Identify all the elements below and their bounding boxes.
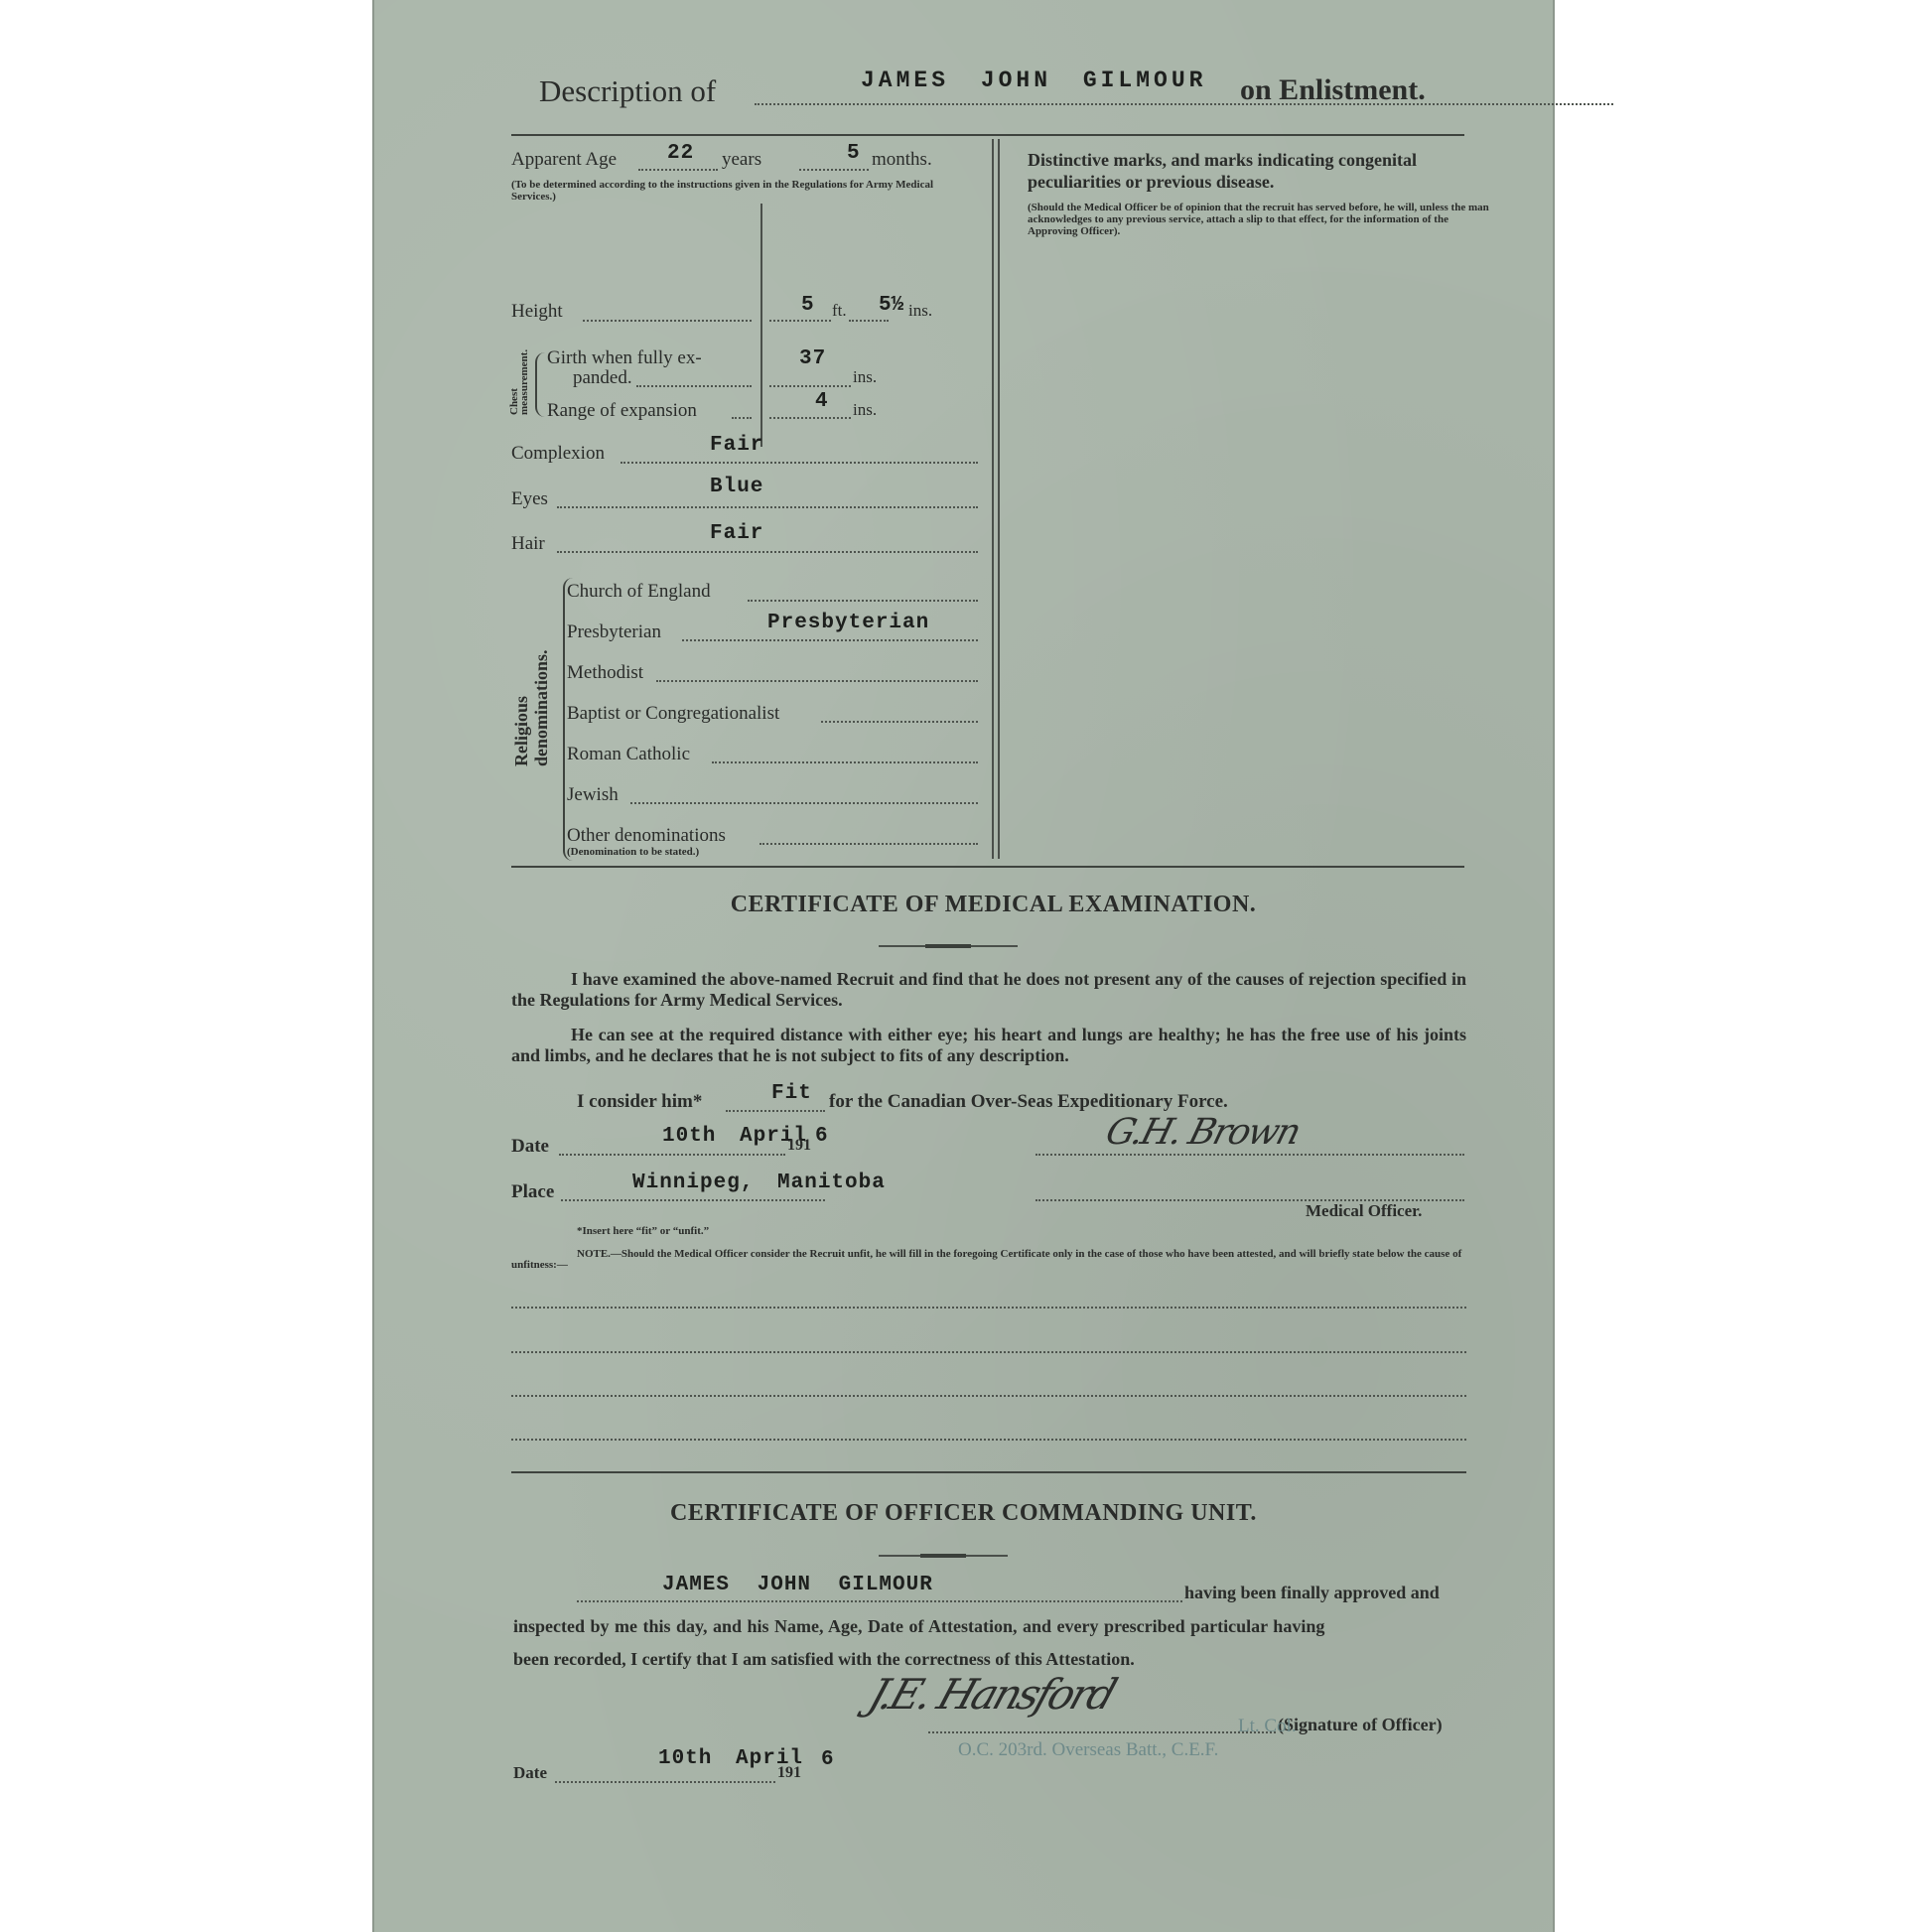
commanding-name-value: JAMES JOHN GILMOUR — [662, 1574, 933, 1596]
medical-para-2: He can see at the required distance with… — [511, 1025, 1466, 1066]
medical-date-line — [559, 1154, 785, 1156]
height-inches-line — [849, 320, 889, 322]
medical-para-1: I have examined the above-named Recruit … — [511, 969, 1466, 1011]
height-feet-value: 5 — [801, 294, 815, 317]
chest-range-label: Range of expansion — [547, 400, 697, 422]
recruit-name: JAMES JOHN GILMOUR — [861, 68, 1206, 93]
medical-year-digit: 6 — [815, 1125, 829, 1148]
chest-group-label: Chest measurement. — [509, 345, 529, 415]
medical-consider-prefix: I consider him* — [577, 1091, 702, 1113]
unfitness-line-1 — [511, 1307, 1466, 1309]
age-years-line — [638, 169, 718, 171]
religion-group-label-1: Religious — [511, 649, 531, 766]
medical-year-prefix: 191 — [787, 1137, 811, 1155]
title-prefix: Description of — [539, 73, 716, 109]
chest-girth-unit: ins. — [853, 367, 877, 387]
distinctive-marks-note: (Should the Medical Officer be of opinio… — [1028, 202, 1489, 237]
religion-option-jewish: Jewish — [567, 784, 619, 806]
age-months-label: months. — [872, 149, 932, 171]
title-rule — [511, 134, 1464, 136]
religion-line-roman-catholic — [712, 761, 978, 763]
eyes-line — [557, 506, 978, 508]
commanding-stamp-rank: Lt. Col. — [1238, 1716, 1297, 1737]
medical-certificate-heading: CERTIFICATE OF MEDICAL EXAMINATION. — [402, 892, 1585, 918]
medical-unfit-note: NOTE.—Should the Medical Officer conside… — [511, 1249, 1466, 1271]
medical-officer-signature: G.H. Brown — [1102, 1112, 1305, 1153]
eyes-value: Blue — [710, 476, 763, 498]
religion-line-baptist — [821, 721, 978, 723]
chest-brace — [535, 352, 545, 417]
commanding-signature-label: (Signature of Officer) — [1278, 1715, 1443, 1735]
title-name-line — [755, 103, 1613, 105]
medical-consider-line — [726, 1110, 825, 1112]
commanding-year-prefix: 191 — [777, 1764, 801, 1782]
medical-fit-value: Fit — [771, 1082, 812, 1105]
religion-group-label: Religious denominations. — [511, 649, 551, 766]
commanding-year-digit: 6 — [821, 1748, 835, 1771]
unfitness-line-2 — [511, 1351, 1466, 1353]
medical-heading-ornament — [879, 945, 1018, 947]
chest-girth-label-line — [636, 385, 752, 387]
height-label: Height — [511, 301, 563, 323]
chest-girth-value: 37 — [799, 347, 826, 370]
religion-value-presbyterian: Presbyterian — [767, 612, 929, 634]
commanding-line2: inspected by me this day, and his Name, … — [513, 1616, 1324, 1637]
age-months-value: 5 — [847, 142, 861, 165]
religion-line-church-of-england — [748, 600, 978, 602]
enlistment-form-page: Description of JAMES JOHN GILMOUR on Enl… — [372, 0, 1555, 1932]
commanding-certificate-heading: CERTIFICATE OF OFFICER COMMANDING UNIT. — [372, 1500, 1555, 1527]
chest-range-label-line — [732, 417, 752, 419]
height-feet-line — [769, 320, 831, 322]
hair-label: Hair — [511, 533, 545, 555]
medical-bottom-rule — [511, 1471, 1466, 1473]
medical-date-label: Date — [511, 1136, 549, 1158]
height-label-line — [583, 320, 752, 322]
commanding-heading-ornament — [879, 1555, 1008, 1557]
religion-option-methodist: Methodist — [567, 662, 643, 684]
height-inches-unit: ins. — [908, 301, 932, 321]
chest-girth-label-1: Girth when fully ex- — [547, 347, 702, 369]
religion-option-baptist: Baptist or Congregationalist — [567, 703, 779, 725]
commanding-stamp-unit: O.C. 203rd. Overseas Batt., C.E.F. — [958, 1739, 1218, 1761]
description-bottom-rule — [511, 866, 1464, 868]
medical-place-line — [561, 1199, 825, 1201]
commanding-line1-suffix: having been finally approved and — [1184, 1583, 1440, 1603]
chest-girth-label-2: panded. — [573, 367, 632, 389]
column-divider-main-a — [992, 139, 994, 859]
commanding-signature-line — [928, 1731, 1276, 1733]
religion-option-other: Other denominations — [567, 825, 726, 847]
unfitness-line-3 — [511, 1395, 1466, 1397]
chest-range-value-line — [769, 417, 851, 419]
medical-signature-line — [1035, 1154, 1464, 1156]
distinctive-marks-value — [1028, 258, 1489, 834]
age-years-label: years — [722, 149, 761, 171]
medical-officer-label: Medical Officer. — [1306, 1201, 1422, 1221]
complexion-line — [621, 462, 978, 464]
height-inches-value: 5½ — [879, 294, 903, 317]
medical-place-value: Winnipeg, Manitoba — [632, 1172, 886, 1194]
column-divider-inner — [760, 204, 762, 447]
religion-option-roman-catholic: Roman Catholic — [567, 744, 690, 765]
religion-line-jewish — [630, 802, 978, 804]
medical-date-value: 10th April — [662, 1125, 807, 1148]
commanding-date-line — [555, 1781, 775, 1783]
medical-insert-note: *Insert here “fit” or “unfit.” — [577, 1225, 709, 1237]
religion-line-other — [759, 843, 978, 845]
chest-range-unit: ins. — [853, 400, 877, 420]
age-years-value: 22 — [667, 142, 694, 165]
medical-consider-suffix: for the Canadian Over-Seas Expeditionary… — [829, 1091, 1228, 1113]
age-label: Apparent Age — [511, 149, 617, 171]
eyes-label: Eyes — [511, 488, 548, 510]
religion-option-presbyterian: Presbyterian — [567, 621, 661, 643]
religion-other-note: (Denomination to be stated.) — [567, 846, 699, 858]
hair-value: Fair — [710, 522, 763, 545]
chest-range-value: 4 — [815, 390, 829, 413]
religion-option-church-of-england: Church of England — [567, 581, 711, 603]
complexion-value: Fair — [710, 434, 763, 457]
height-feet-unit: ft. — [832, 301, 847, 321]
commanding-officer-signature: J.E. Hansford — [863, 1670, 1120, 1719]
unfitness-line-4 — [511, 1439, 1466, 1441]
commanding-date-label: Date — [513, 1763, 547, 1783]
distinctive-marks-heading: Distinctive marks, and marks indicating … — [1028, 149, 1489, 193]
chest-girth-value-line — [769, 385, 851, 387]
column-divider-main-b — [998, 139, 1000, 859]
commanding-line3: been recorded, I certify that I am satis… — [513, 1649, 1135, 1670]
medical-place-label: Place — [511, 1181, 554, 1203]
religion-line-methodist — [656, 680, 978, 682]
age-months-line — [799, 169, 869, 171]
religion-group-label-2: denominations. — [531, 649, 551, 766]
commanding-name-line — [577, 1600, 1182, 1602]
title-suffix: on Enlistment. — [1240, 73, 1426, 107]
age-note: (To be determined according to the instr… — [511, 179, 978, 203]
religion-line-presbyterian — [682, 639, 978, 641]
complexion-label: Complexion — [511, 443, 605, 465]
hair-line — [557, 551, 978, 553]
